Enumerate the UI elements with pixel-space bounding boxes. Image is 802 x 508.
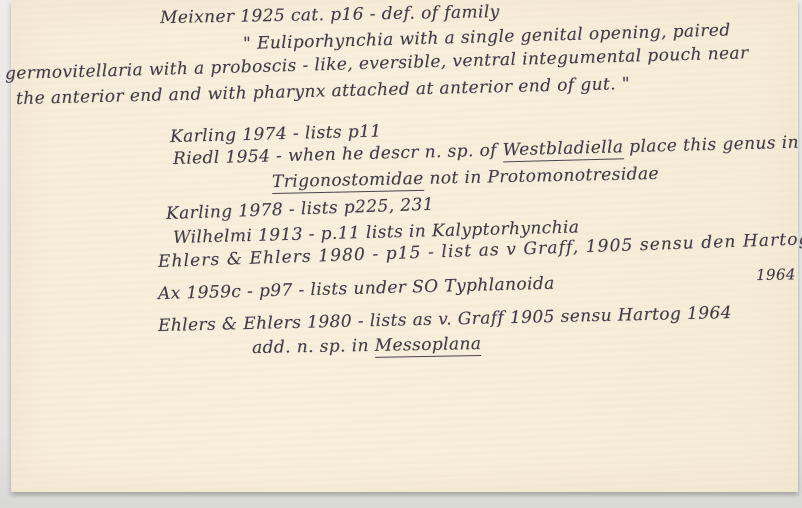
underlined-genus-messoplana: Messoplana xyxy=(374,334,481,358)
line-text: 1964 xyxy=(756,265,796,284)
index-card: Meixner 1925 cat. p16 - def. of family "… xyxy=(11,0,798,492)
scan-background: Meixner 1925 cat. p16 - def. of family "… xyxy=(0,0,802,508)
handwritten-line-add-new-species: add. n. sp. in Messoplana xyxy=(252,334,482,358)
handwritten-line-family-placement: Trigonostomidae not in Protomonotresidae xyxy=(272,164,659,192)
line-text: not in Protomonotresidae xyxy=(423,164,659,189)
handwritten-year-1964: 1964 xyxy=(756,265,796,284)
underlined-family-trigonostomidae: Trigonostomidae xyxy=(272,169,424,194)
line-text: place this genus in xyxy=(623,133,799,158)
handwritten-line-citation-karling-1974: Karling 1974 - lists p11 xyxy=(170,121,382,147)
handwritten-line-citation-karling-1978: Karling 1978 - lists p225, 231 xyxy=(166,195,435,224)
handwritten-line-citation-meixner-1925: Meixner 1925 cat. p16 - def. of family xyxy=(160,2,500,28)
line-text: Karling 1974 - lists p11 xyxy=(170,121,382,147)
line-text: add. n. sp. in xyxy=(252,336,375,358)
underlined-genus-westbladiella: Westbladiella xyxy=(502,137,623,162)
handwritten-line-citation-ax-1959c: Ax 1959c - p97 - lists under SO Typhlano… xyxy=(158,274,555,304)
line-text: Ehlers & Ehlers 1980 - lists as v. Graff… xyxy=(158,303,732,336)
line-text: Karling 1978 - lists p225, 231 xyxy=(166,195,435,224)
line-text: Meixner 1925 cat. p16 - def. of family xyxy=(160,2,500,28)
line-text: Ax 1959c - p97 - lists under SO Typhlano… xyxy=(158,274,555,304)
handwritten-line-citation-ehlers-1980-second: Ehlers & Ehlers 1980 - lists as v. Graff… xyxy=(158,303,732,336)
